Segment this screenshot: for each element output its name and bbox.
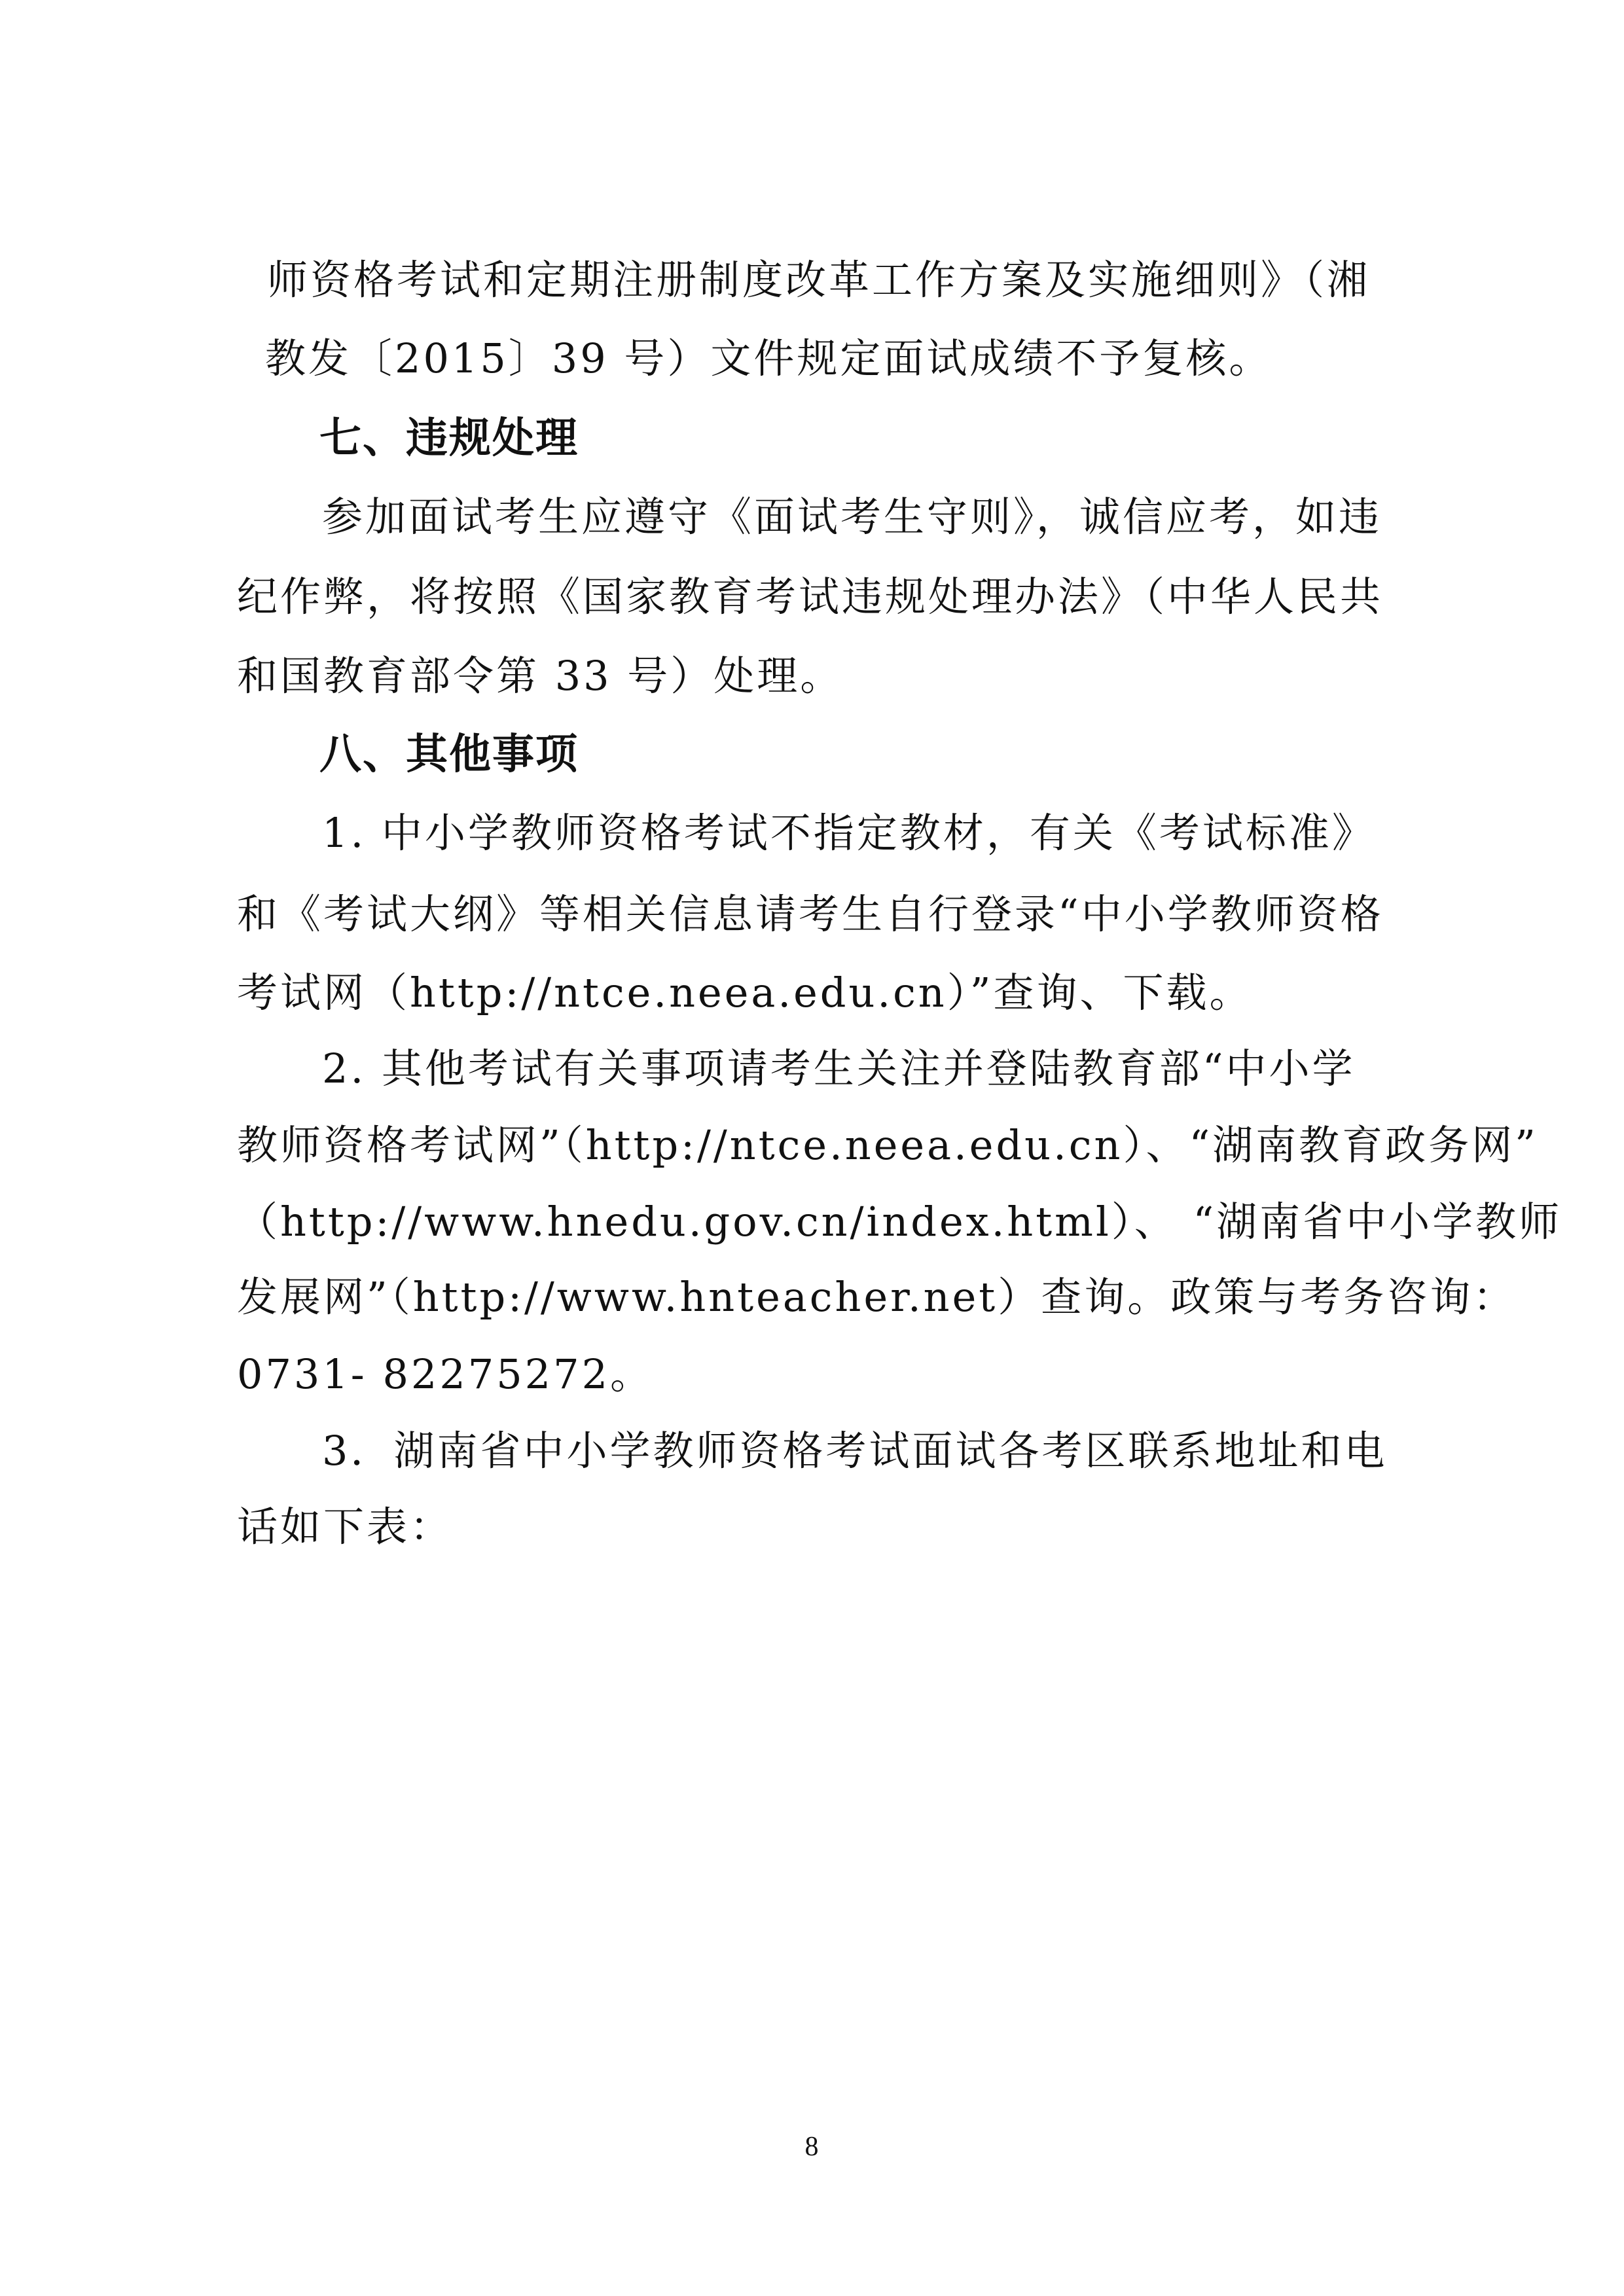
paragraph-line: 和国教育部令第 33 号）处理。 — [237, 650, 1389, 702]
page-number: 8 — [779, 2130, 844, 2163]
section-heading-other-matters: 八、其他事项 — [319, 728, 1471, 781]
list-item-1-line: 1. 中小学教师资格考试不指定教材，有关《考试标准》 — [322, 807, 1474, 859]
list-item-1-line: 考试网（http://ntce.neea.edu.cn）”查询、下载。 — [237, 967, 1389, 1019]
list-item-1-line: 和《考试大纲》等相关信息请考生自行登录“中小学教师资格 — [237, 888, 1389, 941]
list-item-2-line: 教师资格考试网”（http://ntce.neea.edu.cn）、“湖南教育政… — [237, 1119, 1389, 1172]
paragraph-line: 参加面试考生应遵守《面试考生守则》，诚信应考，如违 — [322, 491, 1474, 543]
document-page: 师资格考试和定期注册制度改革工作方案及实施细则》（湘 教发〔2015〕39 号）… — [0, 0, 1624, 2296]
section-heading-violations: 七、违规处理 — [319, 412, 1471, 465]
list-item-2-line: 发展网”（http://www.hnteacher.net）查询。政策与考务咨询… — [237, 1271, 1389, 1323]
list-item-3-line: 话如下表： — [237, 1501, 1389, 1553]
paragraph-continuation-line: 教发〔2015〕39 号）文件规定面试成绩不予复核。 — [265, 332, 1417, 385]
contact-phone-line: 0731- 82275272。 — [237, 1348, 1389, 1401]
list-item-2-line: 2. 其他考试有关事项请考生关注并登陆教育部“中小学 — [322, 1043, 1474, 1095]
list-item-2-line: （http://www.hnedu.gov.cn/index.html）、 “湖… — [237, 1196, 1389, 1248]
paragraph-line: 纪作弊，将按照《国家教育考试违规处理办法》（中华人民共 — [237, 571, 1389, 623]
paragraph-continuation-line: 师资格考试和定期注册制度改革工作方案及实施细则》（湘 — [267, 254, 1419, 306]
list-item-3-line: 3．湖南省中小学教师资格考试面试各考区联系地址和电 — [322, 1425, 1474, 1477]
